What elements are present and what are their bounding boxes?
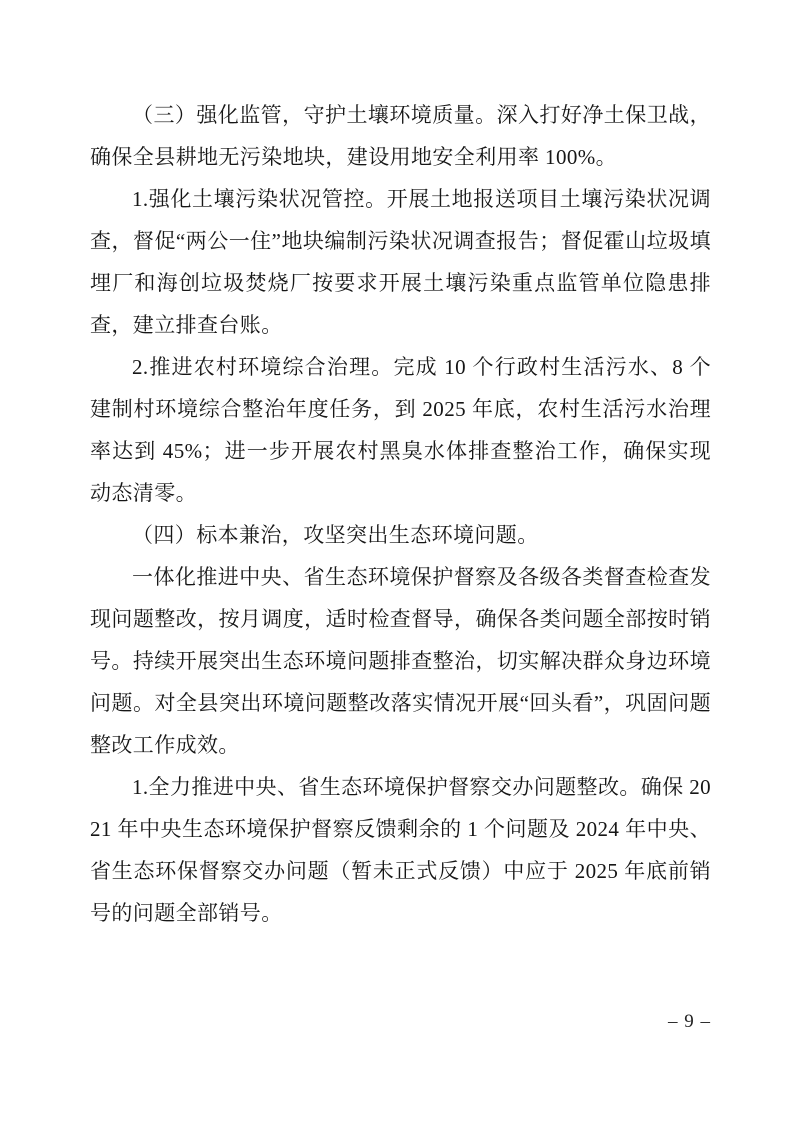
section-heading-paragraph-4: （四）标本兼治，攻坚突出生态环境问题。 [90, 514, 711, 556]
body-paragraph-inspection-rectification: 一体化推进中央、省生态环境保护督察及各级各类督查检查发现问题整改，按月调度，适时… [90, 556, 711, 766]
document-body: （三）强化监管，守护土壤环境质量。深入打好净土保卫战，确保全县耕地无污染地块，建… [90, 94, 711, 934]
body-paragraph-rural-environment: 2.推进农村环境综合治理。完成 10 个行政村生活污水、8 个建制村环境综合整治… [90, 346, 711, 514]
body-paragraph-central-provincial-issues: 1.全力推进中央、省生态环境保护督察交办问题整改。确保 2021 年中央生态环境… [90, 766, 711, 934]
document-page: （三）强化监管，守护土壤环境质量。深入打好净土保卫战，确保全县耕地无污染地块，建… [0, 0, 793, 1122]
section-heading-paragraph-3: （三）强化监管，守护土壤环境质量。深入打好净土保卫战，确保全县耕地无污染地块，建… [90, 94, 711, 178]
page-number: – 9 – [668, 1008, 711, 1036]
body-paragraph-soil-pollution-control: 1.强化土壤污染状况管控。开展土地报送项目土壤污染状况调查，督促“两公一住”地块… [90, 178, 711, 346]
